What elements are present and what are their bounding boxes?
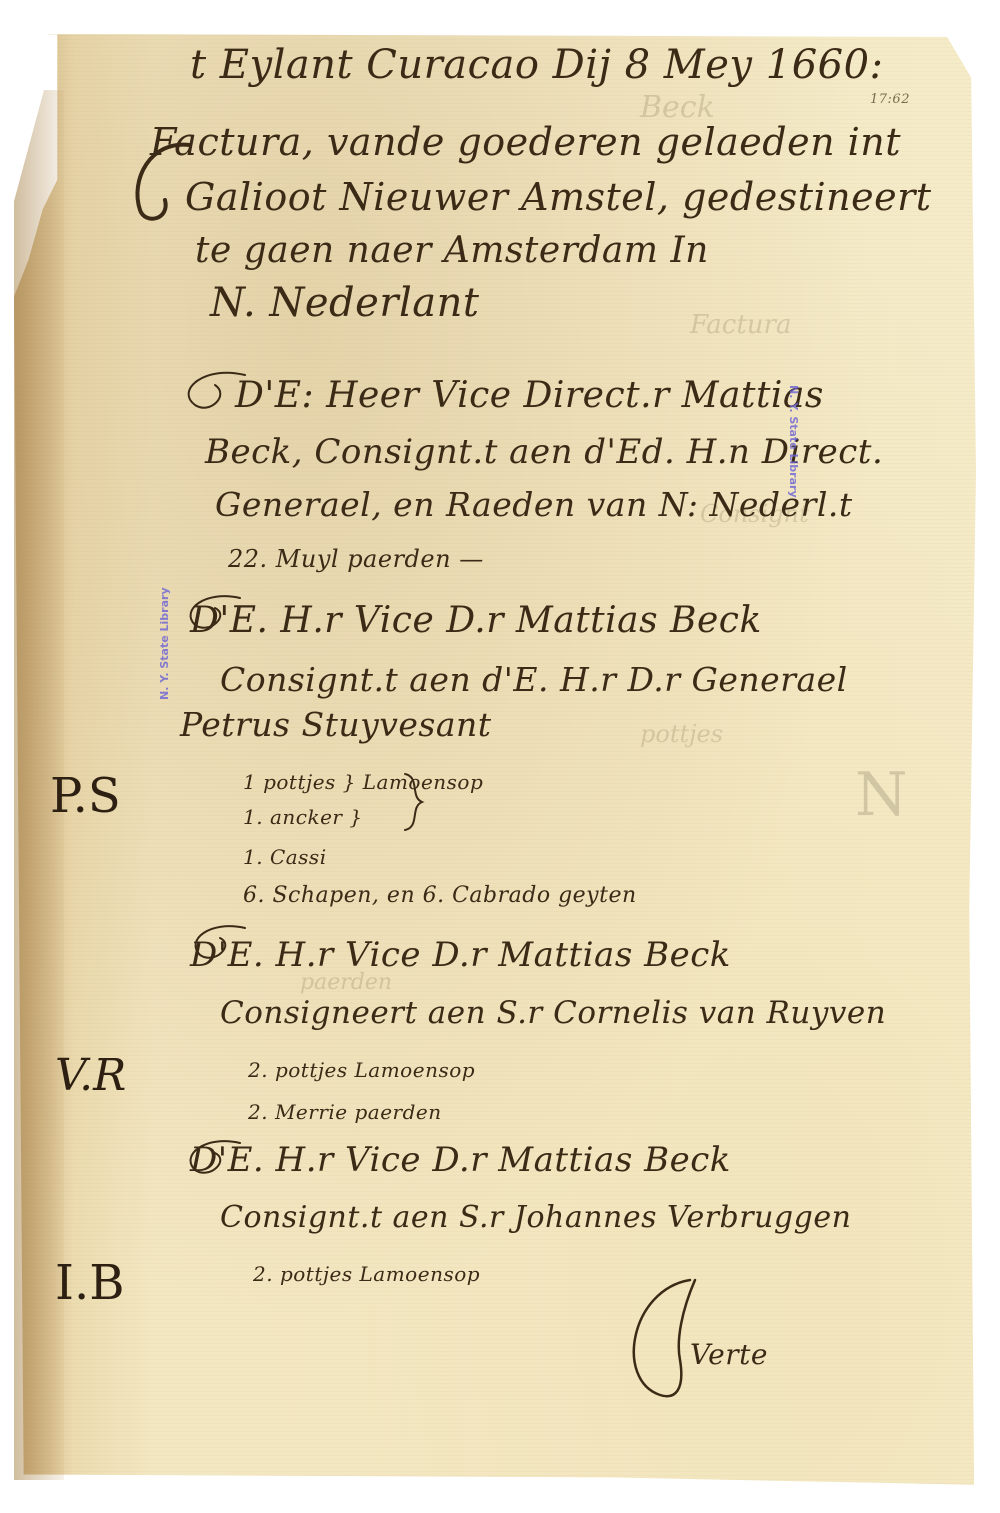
section-header-line: Generael, en Raeden van N: Nederl.t xyxy=(215,485,853,524)
merchant-mark-vr: V.R xyxy=(55,1050,126,1101)
section-header-line: Consignt.t aen d'E. H.r D.r Generael xyxy=(220,660,848,699)
item-line: 1. Cassi xyxy=(243,845,327,869)
section-header-line: Consigneert aen S.r Cornelis van Ruyven xyxy=(220,995,886,1031)
item-line: 22. Muyl paerden — xyxy=(228,545,484,573)
folio-note: 17:62 xyxy=(870,92,910,107)
item-line: 2. pottjes Lamoensop xyxy=(248,1058,475,1082)
header-flourish xyxy=(180,590,250,640)
bracket-flourish xyxy=(400,772,430,832)
section-header-line: D'E. H.r Vice D.r Mattias Beck xyxy=(190,1140,731,1180)
title-line: Factura, vande goederen gelaeden int xyxy=(150,120,901,164)
catchword: Verte xyxy=(690,1338,768,1371)
place-date-heading: t Eylant Curacao Dij 8 Mey 1660: xyxy=(190,42,884,88)
library-stamp: N. Y. State Library xyxy=(787,385,800,498)
merchant-mark-ib: I.B xyxy=(55,1255,125,1311)
title-line: Galioot Nieuwer Amstel, gedestineert xyxy=(185,175,932,219)
header-flourish xyxy=(175,365,255,425)
section-header-line: Petrus Stuyvesant xyxy=(180,705,492,744)
title-line: te gaen naer Amsterdam In xyxy=(195,230,709,271)
header-flourish xyxy=(180,1135,250,1185)
pencil-mark: N xyxy=(855,760,908,830)
item-line: 2. pottjes Lamoensop xyxy=(253,1262,480,1286)
bleed-through-text: Factura xyxy=(690,310,791,340)
section-header-line: Consignt.t aen S.r Johannes Verbruggen xyxy=(220,1200,851,1235)
title-flourish xyxy=(130,140,210,230)
title-line: N. Nederlant xyxy=(210,280,479,326)
item-line: 1 pottjes } Lamoensop xyxy=(243,770,483,794)
item-line: 2. Merrie paerden xyxy=(248,1100,442,1124)
library-stamp: N. Y. State Library xyxy=(158,587,171,700)
section-header-line: D'E. H.r Vice D.r Mattias Beck xyxy=(190,935,731,975)
item-line: 1. ancker } xyxy=(243,805,363,829)
item-line: 6. Schapen, en 6. Cabrado geyten xyxy=(243,883,637,908)
section-header-line: D'E: Heer Vice Direct.r Mattias xyxy=(235,375,824,416)
section-header-line: D'E. H.r Vice D.r Mattias Beck xyxy=(190,600,762,641)
header-flourish xyxy=(185,920,255,970)
section-header-line: Beck, Consignt.t aen d'Ed. H.n Direct. xyxy=(205,432,883,472)
merchant-mark-ps: P.S xyxy=(50,768,121,824)
bleed-through-text: pottjes xyxy=(640,720,723,748)
